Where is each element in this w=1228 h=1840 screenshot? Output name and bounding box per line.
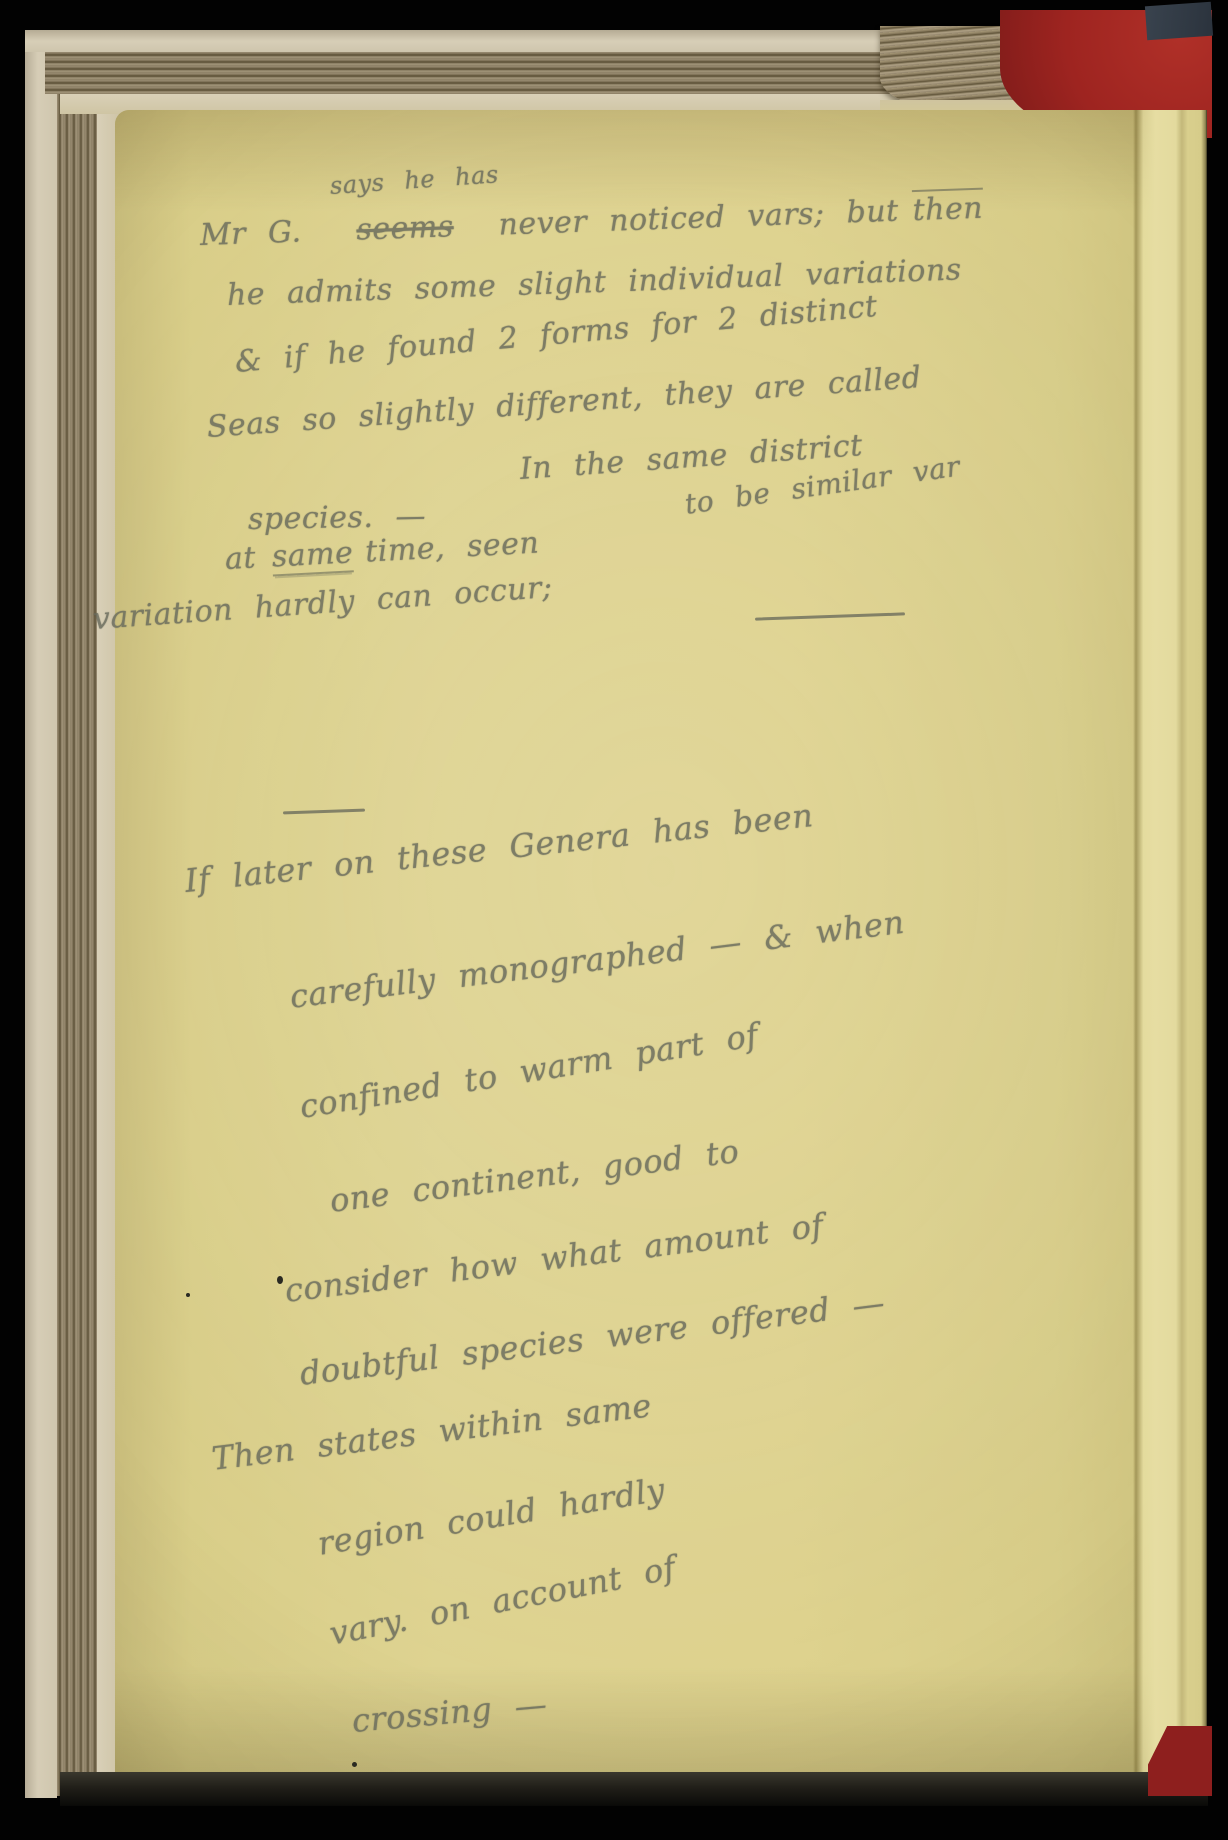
- line6-underlined-word: same: [271, 535, 354, 576]
- notebook-page: says he has Mr G.seemsnever noticed vars…: [115, 110, 1207, 1802]
- line1-struck-word: seems: [356, 209, 454, 247]
- manuscript-line: carefully monographed — & when: [288, 903, 907, 1016]
- manuscript-line: variation hardly can occur;: [92, 570, 554, 637]
- page-stack-left-edge: [57, 34, 97, 1796]
- pencil-dash: [755, 612, 905, 620]
- manuscript-line: confined to warm part of: [297, 1016, 761, 1126]
- manuscript-line: doubtful species were offered —: [298, 1283, 887, 1393]
- ink-speck: [352, 1762, 357, 1767]
- line1-overlined-word: then: [912, 188, 984, 228]
- manuscript-line: vary. on account of: [326, 1548, 679, 1652]
- ink-speck: [277, 1276, 283, 1284]
- ink-speck: [186, 1293, 190, 1297]
- pencil-paragraph-dash: [283, 809, 365, 815]
- manuscript-interline: says he has: [329, 160, 500, 200]
- manuscript-line: region could hardly: [315, 1470, 668, 1562]
- manuscript-line: Then states within same: [210, 1386, 654, 1478]
- line6-pre: at: [224, 540, 257, 577]
- manuscript-line: crossing —: [350, 1685, 548, 1740]
- manuscript-line: If later on these Genera has been: [183, 796, 815, 900]
- cover-corner-cloth: [1145, 2, 1213, 41]
- page-stack-left-outer-edge: [25, 30, 57, 1798]
- page-stack-top-edge: [45, 52, 965, 94]
- manuscript-line: Mr G.seemsnever noticed vars; butthen: [199, 191, 983, 253]
- second-page-edge: [1133, 110, 1207, 1802]
- manuscript-line: consider how what amount of: [283, 1206, 826, 1310]
- manuscript-line: one continent, good to: [328, 1132, 742, 1220]
- page-bottom-shadow: [60, 1772, 1208, 1806]
- page-stack-top-outer-edge: [25, 30, 965, 52]
- line1-prefix: Mr G.: [199, 214, 302, 253]
- photo-background: says he has Mr G.seemsnever noticed vars…: [0, 0, 1228, 1840]
- manuscript-line: species. —: [248, 499, 427, 537]
- line1-middle: never noticed vars; but: [498, 194, 899, 243]
